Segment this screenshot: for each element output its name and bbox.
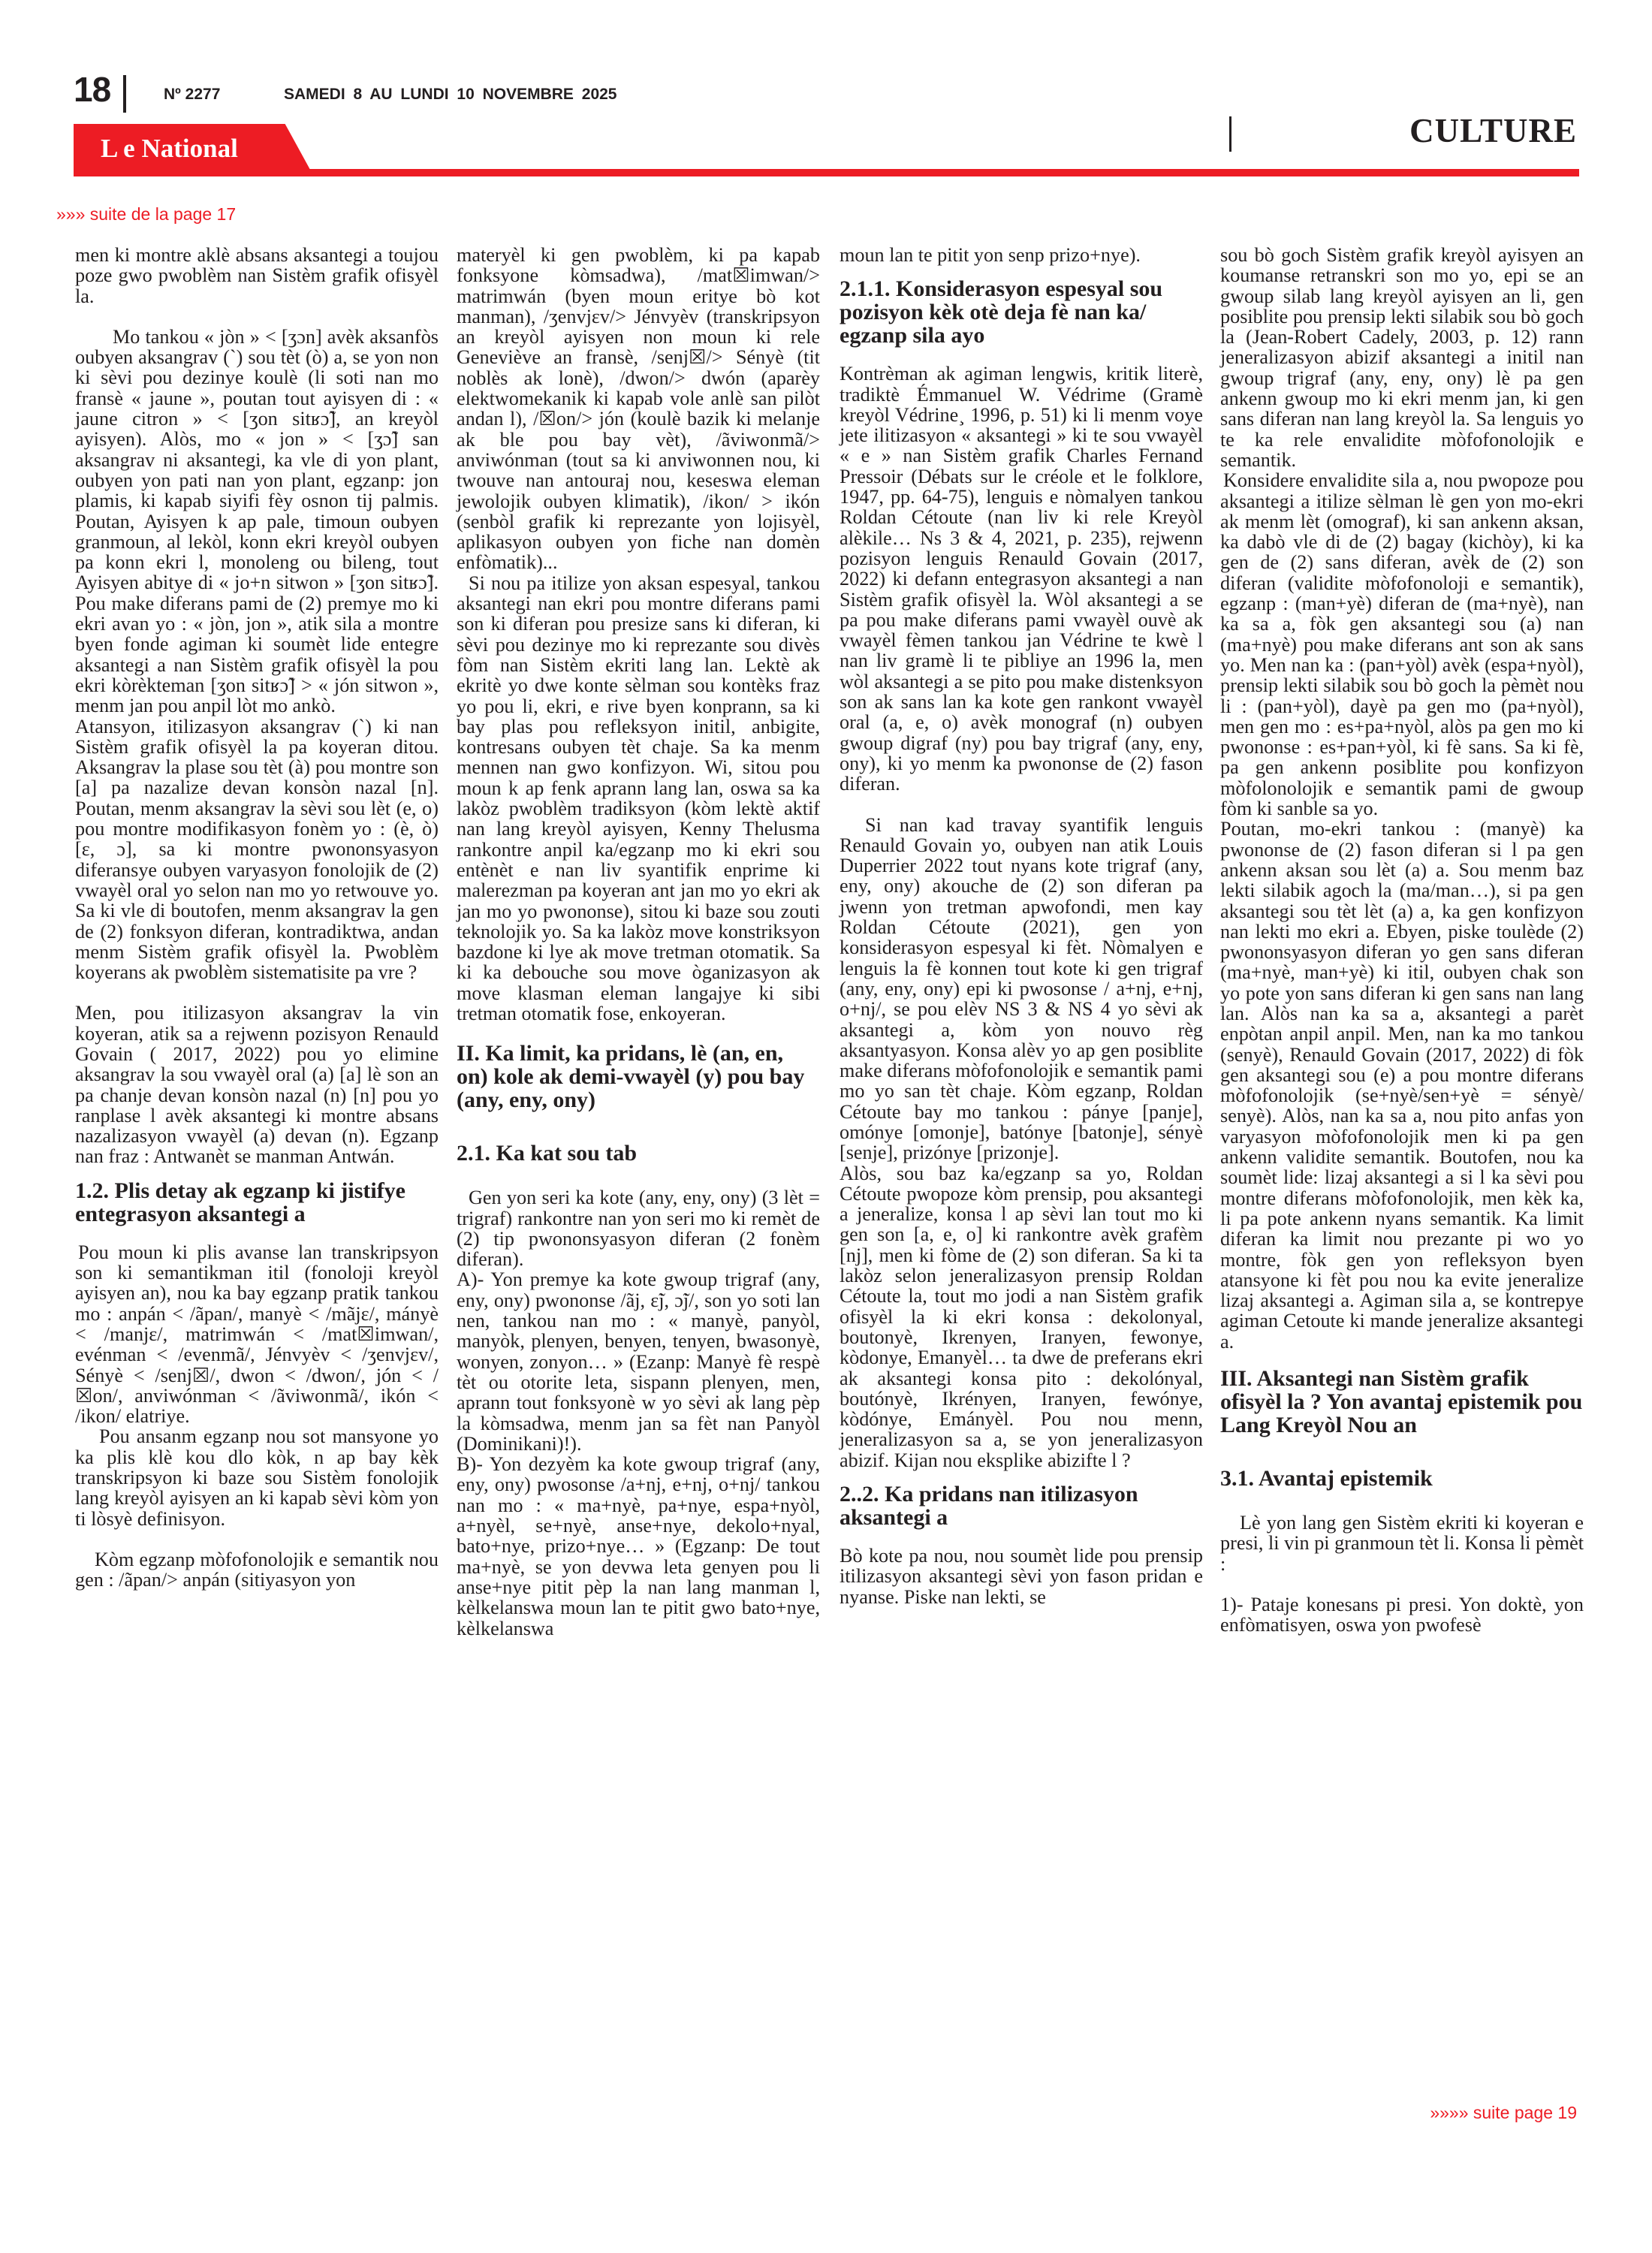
- paragraph: Si nan kad travay syantifik lenguis Rena…: [840, 815, 1203, 1163]
- paragraph: Si nou pa itilize yon aksan espesyal, ta…: [457, 573, 820, 1024]
- paragraph: Mo tankou « jòn » < [ʒɔn] avèk aksanfòs …: [75, 327, 439, 716]
- article-column-2: materyèl ki gen pwoblèm, ki pa kapab fon…: [457, 245, 820, 1639]
- heading-section-III: III. Aksantegi nan Sistèm grafik ofisyèl…: [1220, 1367, 1584, 1437]
- page-number: 18: [74, 69, 110, 110]
- continued-on-link[interactable]: »»»» suite page 19: [1430, 2103, 1577, 2123]
- paragraph: A)- Yon premye ka kote gwoup trigraf (an…: [457, 1269, 820, 1454]
- continued-from-link[interactable]: »»» suite de la page 17: [56, 204, 236, 225]
- issue-date: SAMEDI 8 AU LUNDI 10 NOVEMBRE 2025: [284, 86, 617, 104]
- subheading-1-2: 1.2. Plis detay ak egzanp ki jistifye en…: [75, 1179, 439, 1226]
- paragraph: Men, pou itilizasyon aksangrav la vin ko…: [75, 1003, 439, 1166]
- paragraph: Alòs, sou baz ka/egzanp sa yo, Roldan Cé…: [840, 1163, 1203, 1470]
- paragraph: Poutan, mo-ekri tankou : (manyè) ka pwon…: [1220, 819, 1584, 1352]
- section-divider: [1229, 116, 1231, 152]
- heading-section-II: II. Ka limit, ka pridans, lè (an, en, on…: [457, 1042, 820, 1111]
- paragraph: Konsidere envalidite sila a, nou pwopoze…: [1220, 470, 1584, 819]
- paragraph: Kòm egzanp mòfofonolojik e semantik nou …: [75, 1549, 439, 1591]
- paragraph: materyèl ki gen pwoblèm, ki pa kapab fon…: [457, 245, 820, 573]
- newspaper-logo[interactable]: L e National: [101, 134, 238, 164]
- paragraph: sou bò goch Sistèm grafik kreyòl ayisyen…: [1220, 245, 1584, 470]
- page-number-divider: [123, 75, 126, 113]
- paragraph: B)- Yon dezyèm ka kote gwoup trigraf (an…: [457, 1454, 820, 1639]
- paragraph: men ki montre aklè absans aksantegi a to…: [75, 245, 439, 306]
- paragraph: moun lan te pitit yon senp prizo+nye).: [840, 245, 1203, 265]
- subheading-2-1: 2.1. Ka kat sou tab: [457, 1142, 820, 1165]
- subheading-2-2: 2..2. Ka pridans nan itilizasyon aksante…: [840, 1482, 1203, 1529]
- subheading-2-1-1: 2.1.1. Konsiderasyon espesyal sou pozisy…: [840, 277, 1203, 347]
- article-column-1: men ki montre aklè absans aksantegi a to…: [75, 245, 439, 1591]
- paragraph: Bò kote pa nou, nou soumèt lide pou pren…: [840, 1546, 1203, 1607]
- paragraph: Kontrèman ak agiman lengwis, kritik lite…: [840, 363, 1203, 794]
- issue-number: Nº 2277: [164, 86, 220, 104]
- paragraph: Pou moun ki plis avanse lan transkripsyo…: [75, 1242, 439, 1427]
- article-column-3: moun lan te pitit yon senp prizo+nye). 2…: [840, 245, 1203, 1607]
- paragraph: Atansyon, itilizasyon aksangrav (`) ki n…: [75, 716, 439, 983]
- paragraph: Lè yon lang gen Sistèm ekriti ki koyeran…: [1220, 1513, 1584, 1574]
- paragraph: Pou ansanm egzanp nou sot mansyone yo ka…: [75, 1426, 439, 1528]
- paragraph: Gen yon seri ka kote (any, eny, ony) (3 …: [457, 1187, 820, 1269]
- list-item: 1)- Pataje konesans pi presi. Yon doktè,…: [1220, 1594, 1584, 1636]
- article-column-4: sou bò goch Sistèm grafik kreyòl ayisyen…: [1220, 245, 1584, 1636]
- subheading-3-1: 3.1. Avantaj epistemik: [1220, 1467, 1584, 1490]
- section-title: CULTURE: [1409, 111, 1577, 150]
- masthead: 18 Nº 2277 SAMEDI 8 AU LUNDI 10 NOVEMBRE…: [0, 0, 1652, 180]
